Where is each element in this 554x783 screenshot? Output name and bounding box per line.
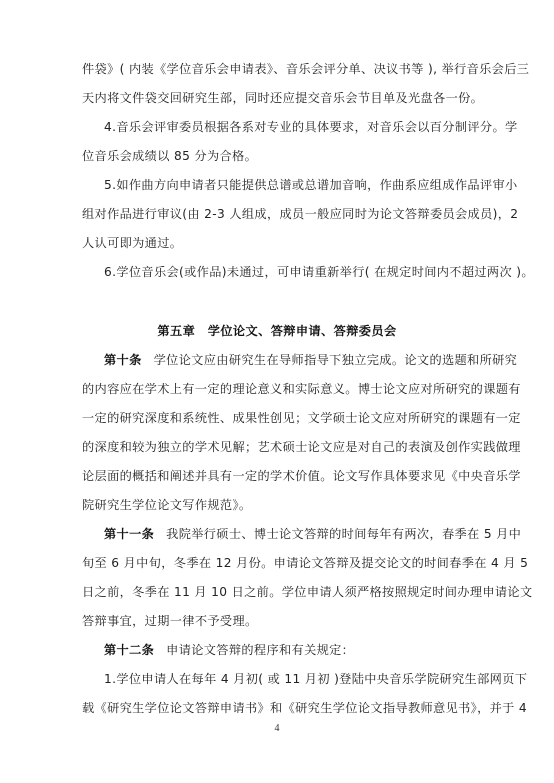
article-12-first-line: 第十二条申请论文答辩的程序和有关规定： bbox=[104, 642, 496, 658]
paragraph-line: 旬至 6 月中旬，冬季在 12 月份。申请论文答辩及提交论文的时间春季在 4 月… bbox=[82, 555, 474, 571]
article-10-first-line: 第十条学位论文应由研究生在导师指导下独立完成。论文的选题和所研究 bbox=[104, 352, 496, 368]
paragraph-line: 天内将文件袋交回研究生部，同时还应提交音乐会节目单及光盘各一份。 bbox=[82, 90, 474, 106]
paragraph-line: 载《研究生学位论文答辩申请书》和《研究生学位论文指导教师意见书》，并于 4 bbox=[82, 700, 474, 716]
item-4-line: 4.音乐会评审委员根据各系对专业的具体要求，对音乐会以百分制评分。学 bbox=[104, 119, 496, 135]
document-page: 件袋》( 内装《学位音乐会申请表》、音乐会评分单、决议书等 ), 举行音乐会后三… bbox=[0, 0, 554, 783]
item-6-line: 6.学位音乐会(或作品)未通过，可申请重新举行( 在规定时间内不超过两次 )。 bbox=[104, 264, 496, 280]
paragraph-line: 件袋》( 内装《学位音乐会申请表》、音乐会评分单、决议书等 ), 举行音乐会后三 bbox=[82, 61, 474, 77]
paragraph-line: 的深度和较为独立的学术见解；艺术硕士论文应是对自己的表演及创作实践做理 bbox=[82, 439, 474, 455]
item-1-line: 1.学位申请人在每年 4 月初( 或 11 月初 )登陆中央音乐学院研究生部网页… bbox=[104, 671, 496, 687]
article-10-text: 学位论文应由研究生在导师指导下独立完成。论文的选题和所研究 bbox=[154, 353, 518, 367]
paragraph-line: 日之前，冬季在 11 月 10 日之前。学位申请人须严格按照规定时间办理申请论文 bbox=[82, 584, 474, 600]
paragraph-line: 院研究生学位论文写作规范》。 bbox=[82, 497, 474, 513]
article-11-first-line: 第十一条我院举行硕士、博士论文答辩的时间每年有两次，春季在 5 月中 bbox=[104, 526, 496, 542]
item-5-line: 5.如作曲方向申请者只能提供总谱或总谱加音响，作曲系应组成作品评审小 bbox=[104, 177, 496, 193]
article-10-label: 第十条 bbox=[104, 353, 142, 367]
article-12-label: 第十二条 bbox=[104, 643, 154, 657]
paragraph-line: 人认可即为通过。 bbox=[82, 235, 474, 251]
article-11-text: 我院举行硕士、博士论文答辩的时间每年有两次，春季在 5 月中 bbox=[166, 527, 521, 541]
paragraph-line: 一定的研究深度和系统性、成果性创见；文学硕士论文应对所研究的课题有一定 bbox=[82, 410, 474, 426]
paragraph-line: 的内容应在学术上有一定的理论意义和实际意义。博士论文应对所研究的课题有 bbox=[82, 381, 474, 397]
paragraph-line: 位音乐会成绩以 85 分为合格。 bbox=[82, 148, 474, 164]
paragraph-line: 组对作品进行审议(由 2-3 人组成，成员一般应同时为论文答辩委员会成员)，2 bbox=[82, 206, 474, 222]
chapter-heading: 第五章 学位论文、答辩申请、答辩委员会 bbox=[0, 323, 554, 339]
paragraph-line: 论层面的概括和阐述并具有一定的学术价值。论文写作具体要求见《中央音乐学 bbox=[82, 468, 474, 484]
article-12-text: 申请论文答辩的程序和有关规定： bbox=[166, 643, 354, 657]
paragraph-line: 答辩事宜，过期一律不予受理。 bbox=[82, 613, 474, 629]
article-11-label: 第十一条 bbox=[104, 527, 154, 541]
page-number: 4 bbox=[0, 723, 554, 734]
